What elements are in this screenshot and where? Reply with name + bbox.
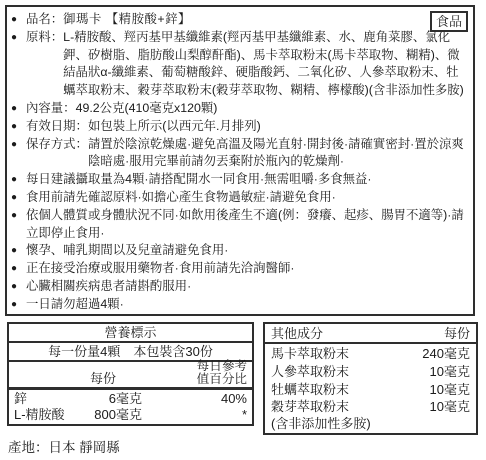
dosage-value: 每日建議攝取量為4顆·請搭配開水一同食用·無需咀嚼·多食無益· — [26, 171, 467, 189]
bullet-icon: ● — [11, 242, 26, 260]
label-page: 食品 ● 品名： 御瑪卡 【精胺酸+鋅】 ● 原料： L-精胺酸、羥丙基甲基纖維… — [0, 0, 486, 460]
ingredient-name: 穀芽萃取粉末 — [271, 398, 349, 416]
other-ingredients-title: 其他成分 — [271, 324, 323, 342]
ingredient-name: 人參萃取粉末 — [271, 363, 349, 381]
heart-warning-value: 心臟相關疾病患者請斟酌服用· — [26, 278, 467, 296]
other-ingredients-header-row: 其他成分 每份 — [265, 324, 476, 344]
ingredient-amount: 10毫克 — [430, 381, 470, 399]
medication-warning-row: ● 正在接受治療或服用藥物者·食用前請先洽詢醫師· — [11, 260, 467, 278]
table-row: L-精胺酸 800毫克 * — [9, 407, 252, 424]
bullet-icon: ● — [11, 100, 26, 118]
table-row: 穀芽萃取粉末 10毫克 — [265, 398, 476, 416]
nutrition-header-row: 每份 每日參考 值百分比 — [9, 362, 252, 390]
storage-value: 請置於陰涼乾燥處·避免高溫及陽光直射·開封後·請確實密封·置於涼爽陰暗處·服用完… — [88, 136, 467, 172]
bullet-icon: ● — [11, 136, 26, 172]
nutrient-name: L-精胺酸 — [14, 407, 76, 424]
bullet-icon: ● — [11, 189, 26, 207]
daily-value-header-line2: 值百分比 — [197, 372, 247, 386]
bullet-icon: ● — [11, 278, 26, 296]
nutrient-amount: 800毫克 — [76, 407, 142, 424]
net-content-row: ● 內容量： 49.2公克(410毫克x120顆) — [11, 100, 467, 118]
food-category-badge: 食品 — [430, 11, 468, 32]
storage-row: ● 保存方式： 請置於陰涼乾燥處·避免高溫及陽光直射·開封後·請確實密封·置於涼… — [11, 136, 467, 172]
expiry-date-label: 有效日期： — [26, 118, 88, 136]
net-content-value: 49.2公克(410毫克x120顆) — [76, 100, 467, 118]
discomfort-warning-row: ● 依個人體質或身體狀況不同·如飲用後產生不適(例：發癢、起疹、腸胃不適等)·請… — [11, 207, 467, 243]
nutrition-facts-table: 營養標示 每一份量4顆 本包裝含30份 每份 每日參考 值百分比 鋅 6毫克 4… — [7, 322, 254, 426]
origin-value: 日本 靜岡縣 — [49, 436, 120, 456]
pregnancy-warning-row: ● 懷孕、哺乳期間以及兒童請避免食用· — [11, 242, 467, 260]
ingredient-name: 牡蠣萃取粉末 — [271, 381, 349, 399]
dosage-row: ● 每日建議攝取量為4顆·請搭配開水一同食用·無需咀嚼·多食無益· — [11, 171, 467, 189]
heart-warning-row: ● 心臟相關疾病患者請斟酌服用· — [11, 278, 467, 296]
nutrient-name: 鋅 — [14, 391, 76, 407]
table-row: 鋅 6毫克 40% — [9, 390, 252, 407]
bullet-icon: ● — [11, 118, 26, 136]
net-content-label: 內容量： — [26, 100, 76, 118]
nutrient-daily-value: 40% — [142, 391, 247, 407]
nutrition-table-title: 營養標示 — [9, 324, 252, 343]
pregnancy-warning-value: 懷孕、哺乳期間以及兒童請避免食用· — [26, 242, 467, 260]
ingredients-label: 原料： — [26, 29, 63, 100]
discomfort-warning-value: 依個人體質或身體狀況不同·如飲用後產生不適(例：發癢、起疹、腸胃不適等)·請立即… — [26, 207, 467, 243]
bullet-icon: ● — [11, 11, 26, 29]
allergy-warning-row: ● 食用前請先確認原料·如擔心產生食物過敏症·請避免食用· — [11, 189, 467, 207]
bullet-icon: ● — [11, 207, 26, 243]
daily-limit-value: 一日請勿超過4顆· — [26, 296, 467, 314]
product-info-panel: 食品 ● 品名： 御瑪卡 【精胺酸+鋅】 ● 原料： L-精胺酸、羥丙基甲基纖維… — [5, 5, 475, 316]
product-name-row: ● 品名： 御瑪卡 【精胺酸+鋅】 — [11, 11, 467, 29]
daily-value-column-header: 每日參考 值百分比 — [197, 360, 247, 386]
expiry-date-value: 如包裝上所示(以西元年.月排列) — [88, 118, 467, 136]
tables-section: 營養標示 每一份量4顆 本包裝含30份 每份 每日參考 值百分比 鋅 6毫克 4… — [7, 322, 478, 435]
ingredient-amount: 10毫克 — [430, 398, 470, 416]
table-row: 人參萃取粉末 10毫克 — [265, 363, 476, 381]
ingredient-amount: 240毫克 — [422, 345, 470, 363]
polyamine-note: (含非添加性多胺) — [265, 416, 476, 433]
expiry-date-row: ● 有效日期： 如包裝上所示(以西元年.月排列) — [11, 118, 467, 136]
per-serving-column-header: 每份 — [70, 372, 136, 386]
table-row: 馬卡萃取粉末 240毫克 — [265, 344, 476, 363]
ingredient-amount: 10毫克 — [430, 363, 470, 381]
medication-warning-value: 正在接受治療或服用藥物者·食用前請先洽詢醫師· — [26, 260, 467, 278]
ingredient-name: 馬卡萃取粉末 — [271, 345, 349, 363]
daily-limit-row: ● 一日請勿超過4顆· — [11, 296, 467, 314]
nutrient-amount: 6毫克 — [76, 391, 142, 407]
ingredients-value: L-精胺酸、羥丙基甲基纖維素(羥丙基甲基纖維素、水、鹿角菜膠、氯化鉀、矽樹脂、脂… — [63, 29, 467, 100]
origin-row: 產地： 日本 靜岡縣 — [8, 436, 120, 456]
table-row: 牡蠣萃取粉末 10毫克 — [265, 381, 476, 399]
nutrient-daily-value: * — [142, 407, 247, 424]
origin-label: 產地： — [8, 436, 49, 456]
daily-value-header-line1: 每日參考 — [197, 359, 247, 373]
bullet-icon: ● — [11, 29, 26, 100]
product-name-value: 御瑪卡 【精胺酸+鋅】 — [63, 11, 467, 29]
product-name-label: 品名： — [26, 11, 63, 29]
per-serving-column-header: 每份 — [444, 324, 470, 342]
allergy-warning-value: 食用前請先確認原料·如擔心產生食物過敏症·請避免食用· — [26, 189, 467, 207]
storage-label: 保存方式： — [26, 136, 88, 172]
bullet-icon: ● — [11, 171, 26, 189]
bullet-icon: ● — [11, 260, 26, 278]
bullet-icon: ● — [11, 296, 26, 314]
other-ingredients-table: 其他成分 每份 馬卡萃取粉末 240毫克 人參萃取粉末 10毫克 牡蠣萃取粉末 … — [263, 322, 478, 435]
ingredients-row: ● 原料： L-精胺酸、羥丙基甲基纖維素(羥丙基甲基纖維素、水、鹿角菜膠、氯化鉀… — [11, 29, 467, 100]
